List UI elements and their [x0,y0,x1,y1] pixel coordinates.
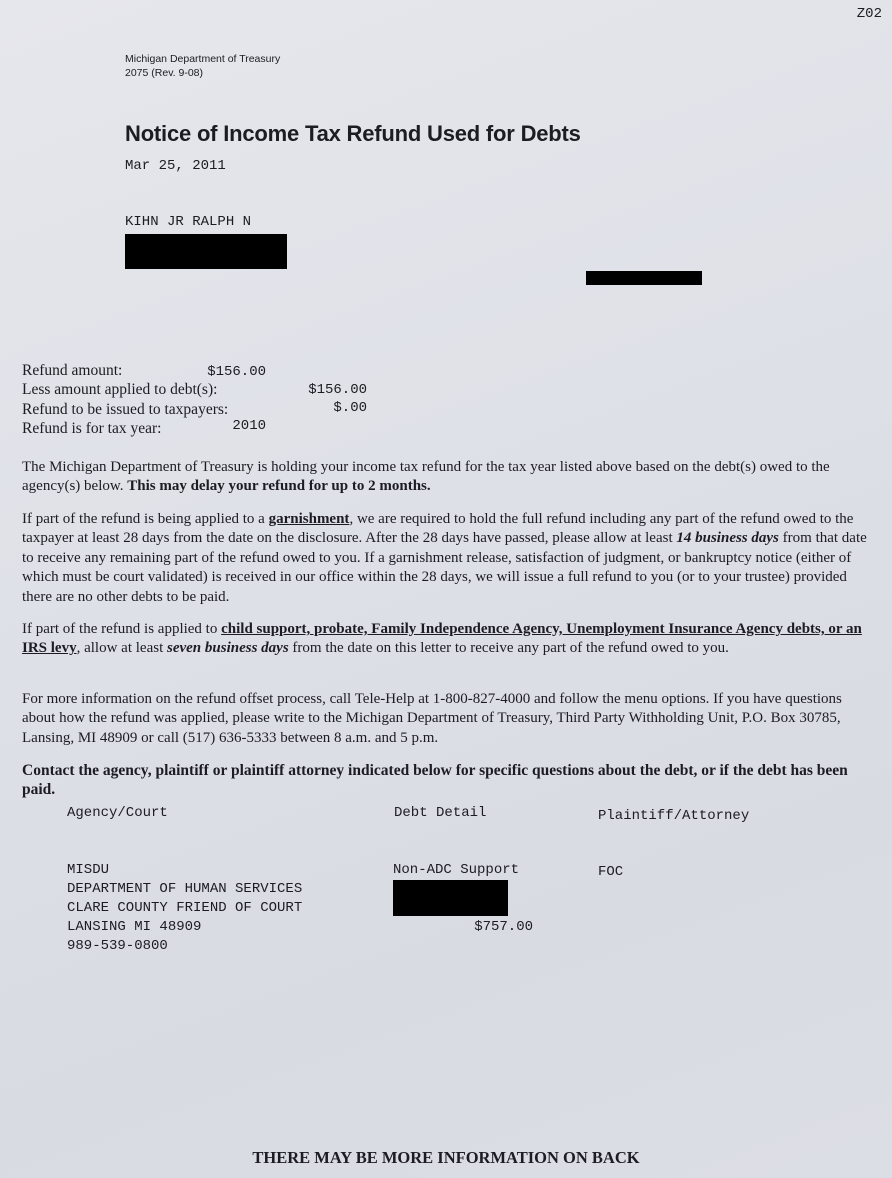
refund-amount-label: Refund amount: [22,362,122,380]
applied-amount: $156.00 [287,382,367,398]
agency-header: Michigan Department of Treasury 2075 (Re… [125,52,280,80]
issued-label: Refund to be issued to taxpayers: [22,401,228,419]
garnishment-term: garnishment [269,511,350,527]
delay-warning: This may delay your refund for up to 2 m… [127,478,430,494]
agency-address: MISDU DEPARTMENT OF HUMAN SERVICES CLARE… [67,861,302,956]
footer-notice: THERE MAY BE MORE INFORMATION ON BACK [0,1148,892,1168]
debt-amount: $757.00 [433,918,533,937]
col-header-agency: Agency/Court [67,805,168,821]
redacted-id [586,271,702,285]
paragraph-child-support: If part of the refund is applied to chil… [22,620,872,659]
notice-date: Mar 25, 2011 [125,158,226,174]
agency-name: Michigan Department of Treasury [125,52,280,66]
page-title: Notice of Income Tax Refund Used for Deb… [125,121,581,147]
plaintiff: FOC [598,863,623,882]
child-support-text-b: , allow at least [77,640,167,656]
agency-line: CLARE COUNTY FRIEND OF COURT [67,899,302,918]
paragraph-garnishment: If part of the refund is being applied t… [22,510,872,607]
taxpayer-name: KIHN JR RALPH N [125,214,251,230]
debt-type: Non-ADC Support [393,861,519,880]
col-header-plaintiff: Plaintiff/Attorney [598,808,749,824]
issued-amount: $.00 [287,400,367,416]
child-support-text-c: from the date on this letter to receive … [289,640,729,656]
paragraph-holding: The Michigan Department of Treasury is h… [22,458,872,497]
business-days-seven: seven business days [167,640,289,656]
contact-instructions: Contact the agency, plaintiff or plainti… [22,761,872,799]
agency-phone: 989-539-0800 [67,937,302,956]
form-number: 2075 (Rev. 9-08) [125,66,280,80]
child-support-text-a: If part of the refund is applied to [22,621,221,637]
redacted-case-number [393,880,508,916]
business-days-14: 14 business days [676,530,779,546]
garnishment-text-a: If part of the refund is being applied t… [22,511,269,527]
agency-line: MISDU [67,861,302,880]
refund-amount: $156.00 [186,364,266,380]
tax-year: 2010 [186,418,266,434]
agency-line: LANSING MI 48909 [67,918,302,937]
applied-label: Less amount applied to debt(s): [22,381,217,399]
paragraph-more-info: For more information on the refund offse… [22,690,872,748]
form-id: Z02 [800,6,882,22]
col-header-debt-detail: Debt Detail [394,805,486,821]
redacted-address [125,234,287,269]
agency-line: DEPARTMENT OF HUMAN SERVICES [67,880,302,899]
tax-year-label: Refund is for tax year: [22,420,161,438]
